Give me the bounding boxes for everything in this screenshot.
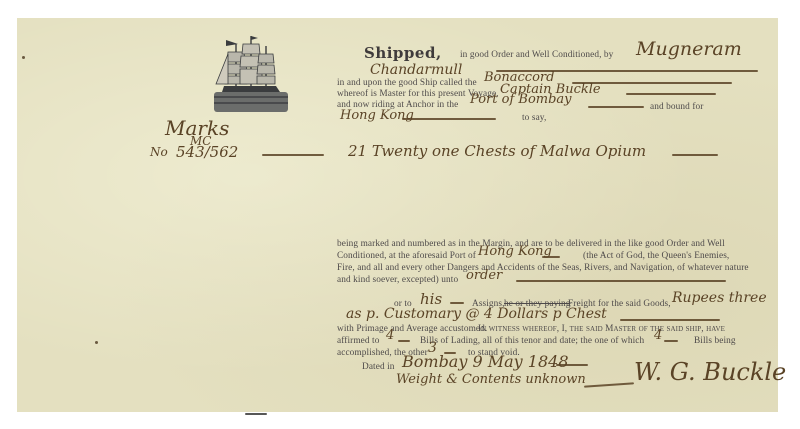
bills-count-2: 4 — [654, 328, 662, 343]
body-line-7-witness: In witness whereof, I, the said Master o… — [478, 324, 725, 334]
underline-rule — [542, 256, 560, 258]
cargo-description: 21 Twenty one Chests of Malwa Opium — [348, 142, 646, 160]
delivery-port: Hong Kong — [478, 244, 552, 259]
body-line-8a: affirmed to — [337, 336, 380, 346]
shipper-name: Mugneram — [636, 38, 742, 60]
body-line-2a: Conditioned, at the aforesaid Port of — [337, 251, 476, 261]
body-line-8b: Bills of Lading, all of this tenor and d… — [420, 336, 644, 346]
body-line-8c: Bills being — [694, 336, 736, 346]
ink-mark — [245, 413, 267, 415]
shipped-heading: Shipped, — [364, 44, 442, 62]
underline-rule — [450, 302, 464, 304]
weight-contents-note: Weight & Contents unknown — [396, 372, 586, 387]
number-prefix: No — [150, 145, 168, 159]
underline-rule — [672, 154, 718, 156]
consignee: order — [466, 268, 502, 283]
underline-rule — [588, 106, 644, 108]
body-line-2b: (the Act of God, the Queen's Enemies, — [583, 251, 729, 261]
paper-speck — [22, 56, 25, 59]
body-line-10a: Dated in — [362, 362, 395, 372]
signature: W. G. Buckle — [634, 358, 786, 386]
freight-rate: Rupees three — [672, 290, 767, 306]
body-line-3: Fire, and all and every other Dangers an… — [337, 263, 749, 273]
freight-rate-cont: as p. Customary @ 4 Dollars p Chest — [346, 306, 607, 322]
ship-engraving-icon — [214, 34, 288, 114]
underline-rule — [556, 364, 588, 366]
shipper-name-cont: Chandarmull — [370, 62, 462, 78]
print-line-1: in good Order and Well Conditioned, by — [460, 50, 613, 60]
anchor-port: Port of Bombay — [470, 92, 572, 107]
bills-count: 4 — [386, 328, 394, 343]
underline-rule — [262, 154, 324, 156]
print-line-3: in and upon the good Ship called the — [337, 78, 477, 88]
date-place: Bombay 9 May 1848 — [402, 352, 569, 371]
mark-numbers: 543/562 — [176, 143, 238, 161]
underline-rule — [398, 340, 410, 342]
paper-speck — [95, 341, 98, 344]
print-line-6: to say, — [522, 113, 546, 123]
body-line-4a: and kind soever, excepted) unto — [337, 275, 458, 285]
underline-rule — [620, 319, 720, 321]
destination-port: Hong Kong — [340, 108, 414, 123]
underline-rule — [402, 118, 496, 120]
underline-rule — [626, 93, 716, 95]
underline-rule — [664, 340, 678, 342]
underline-rule — [516, 280, 726, 282]
body-line-7: with Primage and Average accustomed. — [337, 324, 487, 334]
print-line-5-end: and bound for — [650, 102, 703, 112]
